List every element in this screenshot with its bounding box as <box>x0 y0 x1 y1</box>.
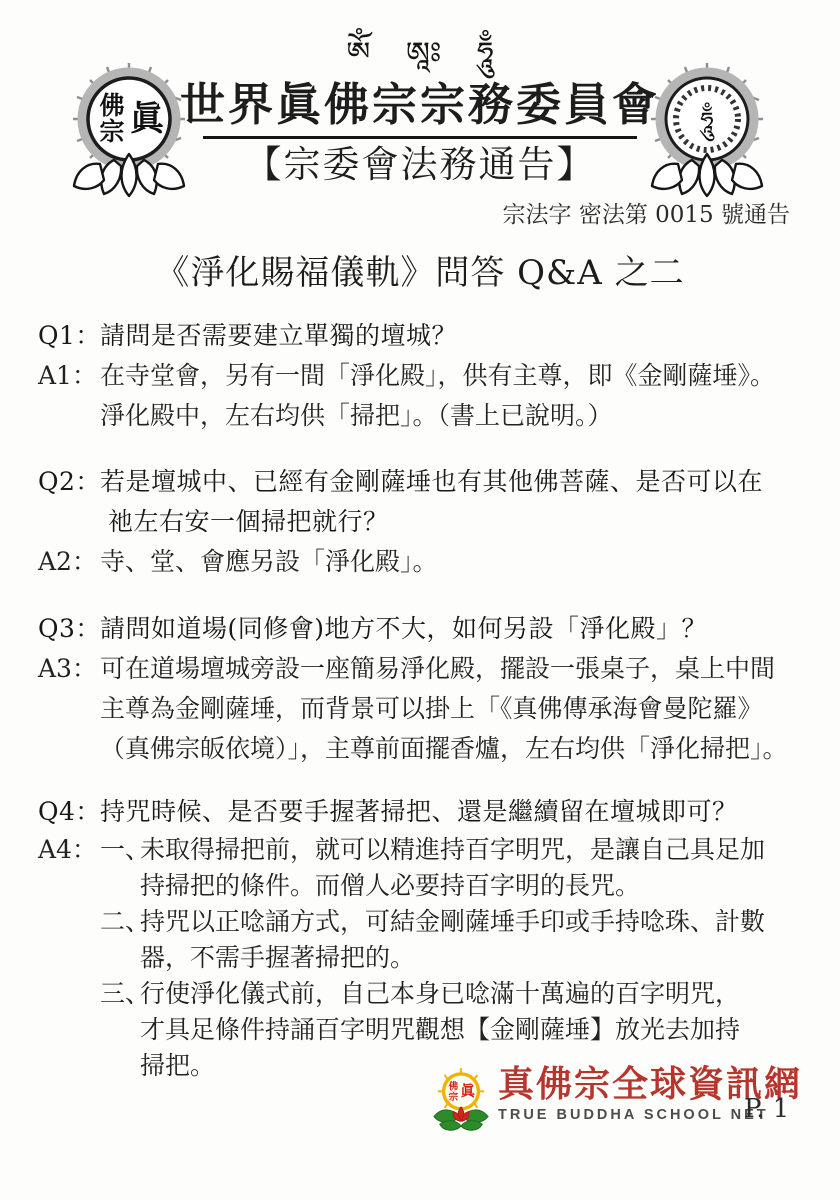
question-label: Q4： <box>38 792 100 832</box>
question-line: Q1： 請問是否需要建立單獨的壇城？ <box>38 316 810 356</box>
answer-line: 才具足條件持誦百字明咒觀想【金剛薩埵】放光去加持 <box>140 1012 810 1048</box>
document-page: 佛 宗 眞 <box>0 0 840 1200</box>
question-text: 若是壇城中、已經有金剛薩埵也有其他佛菩薩、是否可以在 <box>100 462 763 502</box>
seal-char-bottom: 宗 <box>99 117 124 146</box>
question-text: 請問如道場(同修會)地方不大，如何另設「淨化殿」？ <box>100 609 707 649</box>
answer-line: A4： 一、 未取得掃把前，就可以精進持百字明咒，是讓自己具足加 <box>38 832 810 868</box>
answer-line: A1： 在寺堂會，另有一間「淨化殿」，供有主尊，即《金剛薩埵》。 <box>38 356 810 396</box>
answer-text: 行使淨化儀式前，自己本身已唸滿十萬遍的百字明咒， <box>140 976 740 1012</box>
list-item-number: 二、 <box>100 904 140 940</box>
qa-section-1: Q1： 請問是否需要建立單獨的壇城？ A1： 在寺堂會，另有一間「淨化殿」，供有… <box>38 316 810 436</box>
answer-line: A2： 寺、堂、會應另設「淨化殿」。 <box>38 542 810 582</box>
tibetan-mantra-seal-icon: ཧཱུྃ <box>644 56 770 206</box>
answer-line: 持掃把的條件。而僧人必要持百字明的長咒。 <box>140 868 810 904</box>
answer-line: （真佛宗皈依境）」，主尊前面擺香爐，左右均供「淨化掃把」。 <box>100 729 810 769</box>
answer-label: A1： <box>38 356 100 396</box>
answer-line: 主尊為金剛薩埵，而背景可以掛上「《真佛傳承海會曼陀羅》 <box>100 689 810 729</box>
answer-label: A4： <box>38 832 100 868</box>
question-text: 持咒時候、是否要手握著掃把、還是繼續留在壇城即可？ <box>100 792 738 832</box>
svg-text:佛: 佛 <box>447 1080 458 1092</box>
question-label: Q1： <box>38 316 100 356</box>
answer-line: 淨化殿中，左右均供「掃把」。（書上已說明。） <box>100 396 810 436</box>
document-title: 《淨化賜福儀軌》問答 Q&A 之二 <box>0 250 840 296</box>
svg-text:宗: 宗 <box>448 1091 458 1103</box>
answer-text: 未取得掃把前，就可以精進持百字明咒，是讓自己具足加 <box>140 832 765 868</box>
answer-label: A3： <box>38 649 100 689</box>
question-label: Q3： <box>38 609 100 649</box>
qa-section-3: Q3： 請問如道場(同修會)地方不大，如何另設「淨化殿」？ A3： 可在道場壇城… <box>38 609 810 769</box>
true-buddha-school-seal-icon: 佛 宗 眞 <box>66 56 192 206</box>
answer-line: 器，不需手握著掃把的。 <box>140 940 810 976</box>
svg-text:眞: 眞 <box>461 1082 477 1100</box>
page-number: P. 1 <box>744 1094 789 1124</box>
answer-line: A3： 可在道場壇城旁設一座簡易淨化殿，擺設一張桌子，桌上中間 <box>38 649 810 689</box>
seal-char-top: 佛 <box>99 91 124 120</box>
question-label: Q2： <box>38 462 100 502</box>
question-line: Q2： 若是壇城中、已經有金剛薩埵也有其他佛菩薩、是否可以在 <box>38 462 810 502</box>
answer-label: A2： <box>38 542 100 582</box>
question-line: Q3： 請問如道場(同修會)地方不大，如何另設「淨化殿」？ <box>38 609 810 649</box>
answer-text: 寺、堂、會應另設「淨化殿」。 <box>100 542 438 582</box>
seal-char-right: 眞 <box>130 99 166 139</box>
qa-section-2: Q2： 若是壇城中、已經有金剛薩埵也有其他佛菩薩、是否可以在 祂左右安一個掃把就… <box>38 462 810 582</box>
qa-body: Q1： 請問是否需要建立單獨的壇城？ A1： 在寺堂會，另有一間「淨化殿」，供有… <box>0 316 840 1084</box>
question-text: 請問是否需要建立單獨的壇城？ <box>100 316 457 356</box>
answer-text: 在寺堂會，另有一間「淨化殿」，供有主尊，即《金剛薩埵》。 <box>100 356 775 396</box>
answer-line: 二、 持咒以正唸誦方式，可結金剛薩埵手印或手持唸珠、計數 <box>100 904 810 940</box>
answer-text: 持咒以正唸誦方式，可結金剛薩埵手印或手持唸珠、計數 <box>140 904 765 940</box>
list-item-number: 三、 <box>100 976 140 1012</box>
answer-text: 可在道場壇城旁設一座簡易淨化殿，擺設一張桌子，桌上中間 <box>100 649 775 689</box>
qa-section-4: Q4： 持咒時候、是否要手握著掃把、還是繼續留在壇城即可？ A4： 一、 未取得… <box>38 792 810 1084</box>
question-line: Q4： 持咒時候、是否要手握著掃把、還是繼續留在壇城即可？ <box>38 792 810 832</box>
header-divider <box>203 136 637 139</box>
question-line: 祂左右安一個掃把就行？ <box>108 502 810 542</box>
true-buddha-school-net-badge-icon: 佛 宗 眞 <box>432 1066 490 1140</box>
list-item-number: 一、 <box>100 832 140 868</box>
answer-line: 三、 行使淨化儀式前，自己本身已唸滿十萬遍的百字明咒， <box>100 976 810 1012</box>
